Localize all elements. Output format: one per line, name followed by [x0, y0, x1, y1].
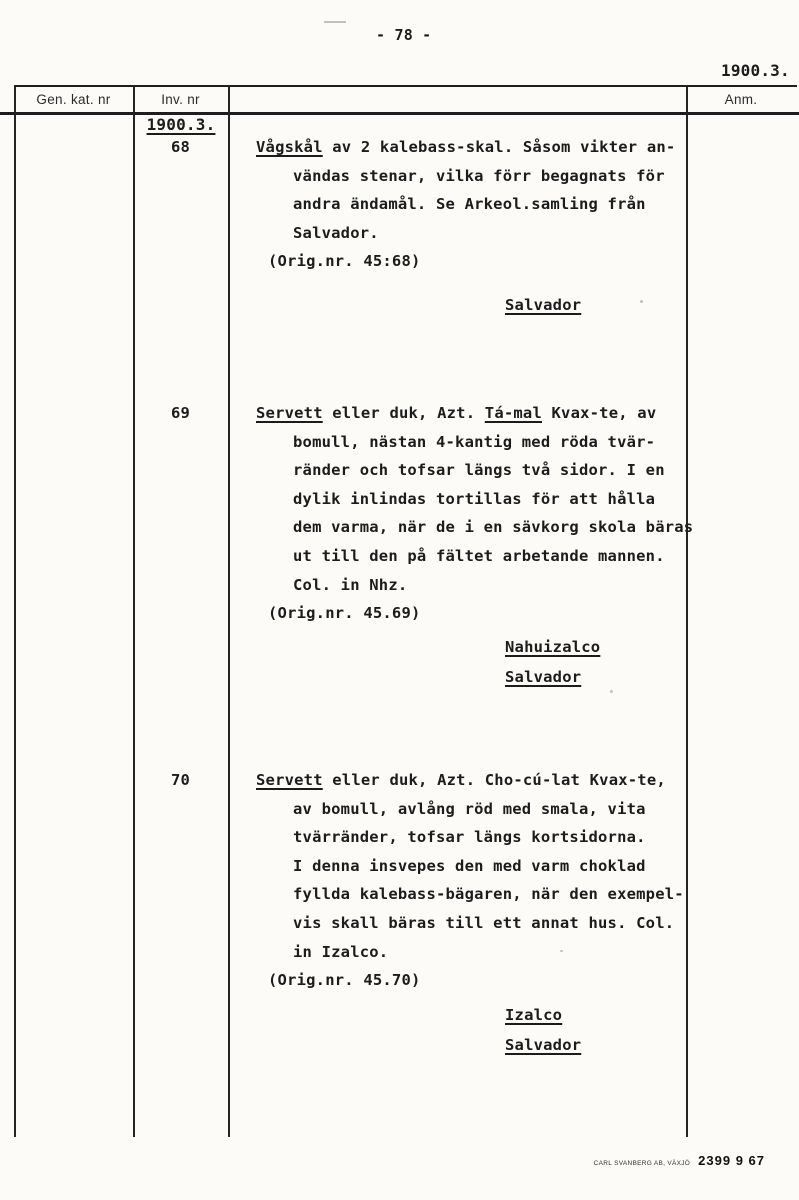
- scan-smudge: [324, 21, 346, 23]
- text-segment: andra ändamål. Se Arkeol.samling från: [293, 195, 646, 213]
- text-segment: in Izalco.: [293, 943, 388, 961]
- catalog-entry: 69Servett eller duk, Azt. Tá-mal Kvax-te…: [0, 404, 799, 633]
- entry-text-line: andra ändamål. Se Arkeol.samling från: [0, 195, 799, 224]
- entry-inv-nr: 68: [133, 138, 228, 156]
- entry-location: Salvador: [505, 1036, 581, 1054]
- column-header-anm: Anm.: [686, 92, 796, 107]
- text-segment: (Orig.nr. 45:68): [268, 252, 421, 270]
- text-segment: eller duk, Azt. Cho-cú-lat Kvax-te,: [323, 771, 666, 789]
- text-segment: Kvax-te, av: [542, 404, 656, 422]
- page-number: - 78 -: [376, 26, 431, 44]
- text-segment: ut till den på fältet arbetande mannen.: [293, 547, 665, 565]
- printer-code: 2399 9 67: [698, 1153, 765, 1168]
- entry-text-line: Col. in Nhz.: [0, 576, 799, 605]
- underlined-term: Servett: [256, 404, 323, 422]
- scan-speck: [560, 950, 563, 952]
- printer-name: CARL SVANBERG AB, VÄXJÖ: [594, 1160, 690, 1167]
- entry-orig-nr-line: (Orig.nr. 45.70): [0, 971, 799, 1000]
- text-segment: eller duk, Azt.: [323, 404, 485, 422]
- entry-text-line: dem varma, när de i en sävkorg skola bär…: [0, 518, 799, 547]
- text-segment: bomull, nästan 4-kantig med röda tvär-: [293, 433, 655, 451]
- entry-location: Izalco: [505, 1006, 562, 1024]
- entry-text-line: av bomull, avlång röd med smala, vita: [0, 800, 799, 829]
- inv-group-number: 1900.3.: [135, 115, 227, 134]
- entry-location: Salvador: [505, 296, 581, 314]
- catalog-number-top: 1900.3.: [721, 61, 790, 80]
- text-segment: (Orig.nr. 45.70): [268, 971, 421, 989]
- table-header-divider: [0, 112, 799, 115]
- text-segment: ränder och tofsar längs två sidor. I en: [293, 461, 665, 479]
- text-segment: vis skall bäras till ett annat hus. Col.: [293, 914, 674, 932]
- entry-text-line: Salvador.: [0, 224, 799, 253]
- scan-speck: [610, 690, 613, 693]
- catalog-entry: 70Servett eller duk, Azt. Cho-cú-lat Kva…: [0, 771, 799, 1000]
- entry-text-line: bomull, nästan 4-kantig med röda tvär-: [0, 433, 799, 462]
- column-header-gen-kat-nr: Gen. kat. nr: [14, 92, 133, 107]
- entry-text-line: vis skall bäras till ett annat hus. Col.: [0, 914, 799, 943]
- entry-location: Salvador: [505, 668, 581, 686]
- text-segment: av bomull, avlång röd med smala, vita: [293, 800, 646, 818]
- entry-orig-nr-line: (Orig.nr. 45.69): [0, 604, 799, 633]
- text-segment: I denna insvepes den med varm choklad: [293, 857, 646, 875]
- underlined-term: Servett: [256, 771, 323, 789]
- entry-orig-nr-line: (Orig.nr. 45:68): [0, 252, 799, 281]
- scan-speck: [640, 300, 643, 303]
- entry-text-line: Servett eller duk, Azt. Tá-mal Kvax-te, …: [0, 404, 799, 433]
- text-segment: Salvador.: [293, 224, 379, 242]
- entry-text-line: fyllda kalebass-bägaren, när den exempel…: [0, 885, 799, 914]
- underlined-term: Vågskål: [256, 138, 323, 156]
- scanned-catalog-page: - 78 - 1900.3. Gen. kat. nr Inv. nr Anm.…: [0, 0, 799, 1200]
- text-segment: dylik inlindas tortillas för att hålla: [293, 490, 655, 508]
- entry-location: Nahuizalco: [505, 638, 600, 656]
- entry-text-line: tvärränder, tofsar längs kortsidorna.: [0, 828, 799, 857]
- text-segment: (Orig.nr. 45.69): [268, 604, 421, 622]
- entry-text-line: ut till den på fältet arbetande mannen.: [0, 547, 799, 576]
- entry-text-line: Servett eller duk, Azt. Cho-cú-lat Kvax-…: [0, 771, 799, 800]
- entry-text-line: Vågskål av 2 kalebass-skal. Såsom vikter…: [0, 138, 799, 167]
- text-segment: vändas stenar, vilka förr begagnats för: [293, 167, 665, 185]
- entry-inv-nr: 69: [133, 404, 228, 422]
- underlined-term: Tá-mal: [485, 404, 542, 422]
- entry-text-line: in Izalco.: [0, 943, 799, 972]
- entry-text-line: ränder och tofsar längs två sidor. I en: [0, 461, 799, 490]
- entry-text-line: vändas stenar, vilka förr begagnats för: [0, 167, 799, 196]
- text-segment: fyllda kalebass-bägaren, när den exempel…: [293, 885, 684, 903]
- entry-text-line: I denna insvepes den med varm choklad: [0, 857, 799, 886]
- printer-footer: CARL SVANBERG AB, VÄXJÖ 2399 9 67: [594, 1153, 765, 1168]
- text-segment: dem varma, när de i en sävkorg skola bär…: [293, 518, 693, 536]
- text-segment: tvärränder, tofsar längs kortsidorna.: [293, 828, 646, 846]
- text-segment: Col. in Nhz.: [293, 576, 407, 594]
- entry-text-line: dylik inlindas tortillas för att hålla: [0, 490, 799, 519]
- column-header-inv-nr: Inv. nr: [133, 92, 228, 107]
- text-segment: av 2 kalebass-skal. Såsom vikter an-: [323, 138, 676, 156]
- catalog-entry: 68Vågskål av 2 kalebass-skal. Såsom vikt…: [0, 138, 799, 281]
- table-border-top: [14, 85, 797, 87]
- entry-inv-nr: 70: [133, 771, 228, 789]
